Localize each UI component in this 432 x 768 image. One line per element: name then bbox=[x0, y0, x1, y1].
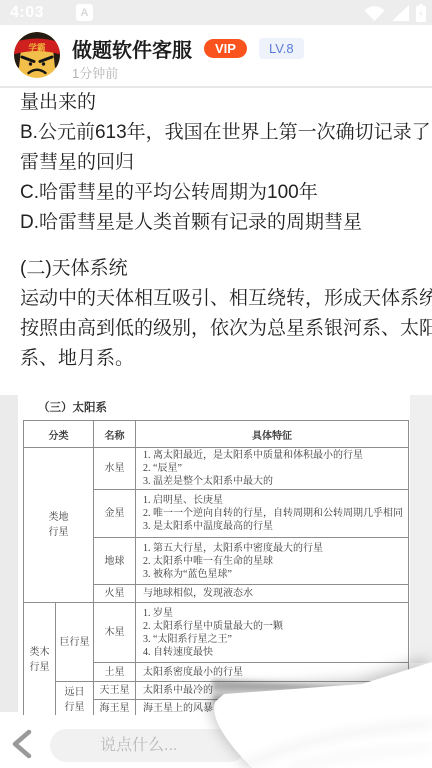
cell-features-jupiter: 1. 岁星 2. 太阳系行星中质量最大的一颗 3. “太阳系行星之王” 4. 自… bbox=[136, 603, 409, 663]
post-line: 量出来的 bbox=[20, 88, 416, 118]
svg-text:学霸: 学霸 bbox=[28, 43, 46, 53]
table-header-row: 分类 名称 具体特征 bbox=[24, 421, 409, 448]
cell-subcategory-giant: 巨行星 bbox=[56, 603, 94, 682]
post-line: 系、地月系。 bbox=[20, 344, 416, 374]
cell-features-mars: 与地球相似，发现液态水 bbox=[136, 585, 409, 603]
vip-badge: VIP bbox=[204, 39, 247, 58]
table-row: 远日 行星 天王星 太阳系中最冷的 bbox=[24, 682, 409, 700]
cell-category-terrestrial: 类地 行星 bbox=[24, 448, 94, 603]
cell-name-earth: 地球 bbox=[94, 538, 136, 585]
app-screen: 4:03 A bbox=[0, 0, 432, 768]
status-bar: 4:03 A bbox=[0, 0, 432, 25]
cell-features-venus: 1. 启明星、长庚星 2. 唯一一个逆向自转的行星，自转周期和公转周期几乎相同 … bbox=[136, 490, 409, 538]
cell-features-earth: 1. 第五大行星，太阳系中密度最大的行星 2. 太阳系中唯一有生命的星球 3. … bbox=[136, 538, 409, 585]
table-row: 类地 行星 水星 1. 离太阳最近，是太阳系中质量和体积最小的行星 2. “辰星… bbox=[24, 448, 409, 490]
cell-features-mercury: 1. 离太阳最近，是太阳系中质量和体积最小的行星 2. “辰星” 3. 温差是整… bbox=[136, 448, 409, 490]
cell-subcategory-outer: 远日 行星 bbox=[56, 682, 94, 718]
post-timestamp: 1分钟前 bbox=[72, 63, 118, 82]
username[interactable]: 做题软件客服 bbox=[72, 34, 192, 63]
status-time: 4:03 bbox=[10, 4, 44, 22]
post-line: 雷彗星的回归 bbox=[20, 148, 416, 178]
cell-category-jovian: 类木 行星 bbox=[24, 603, 56, 718]
cell-features-saturn: 太阳系密度最小的行星 bbox=[136, 663, 409, 682]
post-header: 学霸 做题软件客服 VIP LV.8 1分钟前 bbox=[0, 25, 432, 86]
cell-name-mars: 火星 bbox=[94, 585, 136, 603]
post-line: C.哈雷彗星的平均公转周期为100年 bbox=[20, 178, 416, 208]
avatar[interactable]: 学霸 bbox=[14, 32, 60, 78]
col-header-name: 名称 bbox=[94, 421, 136, 448]
col-header-category: 分类 bbox=[24, 421, 94, 448]
comment-input[interactable] bbox=[50, 729, 246, 762]
post-section-heading: (二)天体系统 bbox=[20, 254, 416, 284]
post-body: 量出来的 B.公元前613年，我国在世界上第一次确切记录了哈 雷彗星的回归 C.… bbox=[20, 88, 416, 374]
cell-name-saturn: 土星 bbox=[94, 663, 136, 682]
table-row: 类木 行星 巨行星 木星 1. 岁星 2. 太阳系行星中质量最大的一颗 3. “… bbox=[24, 603, 409, 663]
cell-features-uranus: 太阳系中最冷的 bbox=[136, 682, 409, 700]
post-line: B.公元前613年，我国在世界上第一次确切记录了哈 bbox=[20, 118, 416, 148]
back-button[interactable] bbox=[8, 729, 36, 759]
level-badge: LV.8 bbox=[259, 38, 304, 59]
wifi-icon bbox=[364, 5, 385, 21]
image-margin-left bbox=[0, 395, 18, 712]
post-line: 按照由高到低的级别，依次为总星系银河系、太阳 bbox=[20, 314, 416, 344]
signal-icon bbox=[392, 5, 409, 21]
table-title: （三）太阳系 bbox=[38, 399, 107, 415]
document-image[interactable]: （三）太阳系 分类 名称 具体特征 类地 行星 水星 1. 离太阳最近，是太阳系… bbox=[0, 395, 432, 715]
cell-name-venus: 金星 bbox=[94, 490, 136, 538]
cell-name-uranus: 天王星 bbox=[94, 682, 136, 700]
image-margin-right bbox=[410, 395, 432, 663]
solar-system-table: 分类 名称 具体特征 类地 行星 水星 1. 离太阳最近，是太阳系中质量和体积最… bbox=[23, 420, 409, 718]
cell-name-mercury: 水星 bbox=[94, 448, 136, 490]
col-header-features: 具体特征 bbox=[136, 421, 409, 448]
cell-name-jupiter: 木星 bbox=[94, 603, 136, 663]
post-line: D.哈雷彗星是人类首颗有记录的周期彗星 bbox=[20, 208, 416, 238]
post-line: 运动中的天体相互吸引、相互绕转，形成天体系统。 bbox=[20, 284, 416, 314]
battery-charging-icon bbox=[416, 4, 426, 22]
status-a-icon: A bbox=[76, 4, 93, 21]
bottom-bar bbox=[0, 715, 432, 768]
